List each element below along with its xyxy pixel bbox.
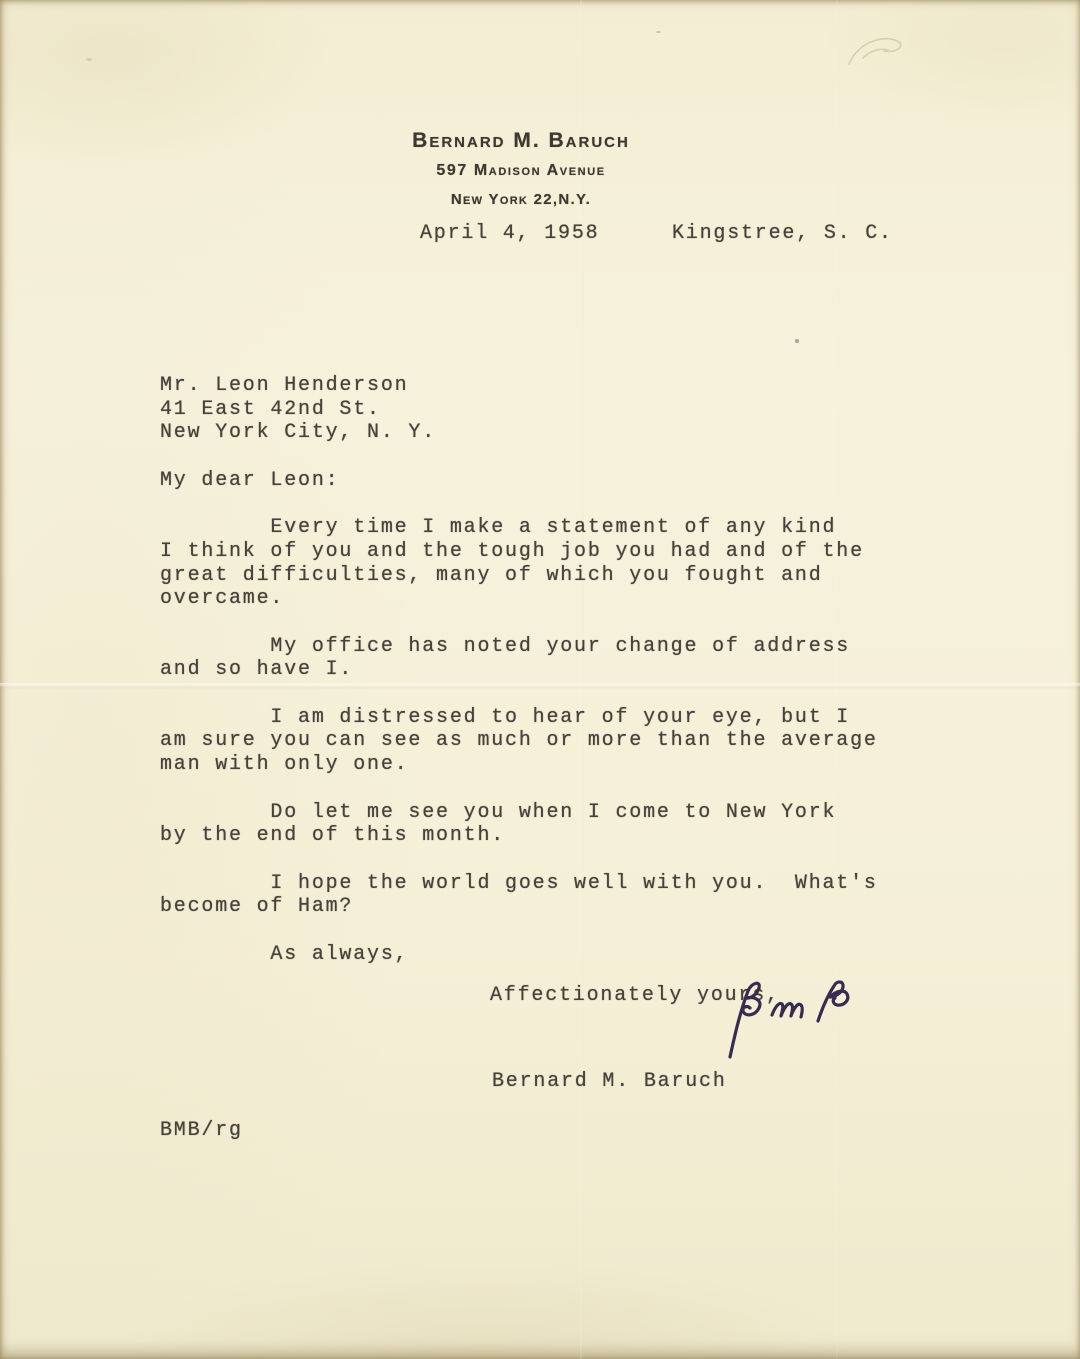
letter-place: Kingstree, S. C.: [672, 222, 893, 246]
paragraph-line: Every time I make a statement of any kin…: [160, 516, 878, 540]
letter-date: April 4, 1958: [420, 222, 599, 246]
letterhead-address-line1: 597 Madison Avenue: [436, 162, 605, 180]
paragraph-line: become of Ham?: [160, 895, 878, 919]
sign-off: As always,: [160, 943, 878, 967]
paragraph-line: My office has noted your change of addre…: [160, 635, 878, 659]
paragraph-line: great difficulties, many of which you fo…: [160, 564, 878, 588]
letter-scan: Bernard M. Baruch 597 Madison Avenue New…: [0, 0, 1080, 1359]
paragraph-3: I am distressed to hear of your eye, but…: [160, 706, 878, 777]
paragraph-line: am sure you can see as much or more than…: [160, 729, 878, 753]
salutation: My dear Leon:: [160, 469, 878, 493]
paper-speck: [656, 31, 661, 33]
typed-signature-name: Bernard M. Baruch: [492, 1070, 727, 1094]
recipient-line: New York City, N. Y.: [160, 421, 878, 445]
paragraph-line: I hope the world goes well with you. Wha…: [160, 872, 878, 896]
paragraph-line: Do let me see you when I come to New Yor…: [160, 801, 878, 825]
reference-initials: BMB/rg: [160, 1119, 243, 1143]
letterhead-address-line2: New York 22,N.Y.: [451, 191, 591, 208]
paragraph-line: by the end of this month.: [160, 824, 878, 848]
paragraph-1: Every time I make a statement of any kin…: [160, 516, 878, 611]
recipient-line: 41 East 42nd St.: [160, 398, 878, 422]
paragraph-4: Do let me see you when I come to New Yor…: [160, 801, 878, 848]
recipient-line: Mr. Leon Henderson: [160, 374, 878, 398]
paragraph-line: and so have I.: [160, 658, 878, 682]
ink-speck: [795, 339, 799, 343]
paragraph-line: man with only one.: [160, 753, 878, 777]
pencil-mark: [843, 28, 938, 76]
paragraph-line: overcame.: [160, 587, 878, 611]
recipient-address: Mr. Leon Henderson41 East 42nd St.New Yo…: [160, 374, 878, 445]
letterhead-name: Bernard M. Baruch: [412, 129, 630, 153]
letter-body: Mr. Leon Henderson41 East 42nd St.New Yo…: [160, 374, 878, 990]
paragraph-line: I am distressed to hear of your eye, but…: [160, 706, 878, 730]
signature-bmb: [708, 979, 878, 1064]
paper-speck-2: [86, 58, 92, 61]
paragraph-2: My office has noted your change of addre…: [160, 635, 878, 682]
dateline: April 4, 1958 Kingstree, S. C.: [0, 222, 1080, 248]
paragraph-5: I hope the world goes well with you. Wha…: [160, 872, 878, 919]
paragraph-line: I think of you and the tough job you had…: [160, 540, 878, 564]
